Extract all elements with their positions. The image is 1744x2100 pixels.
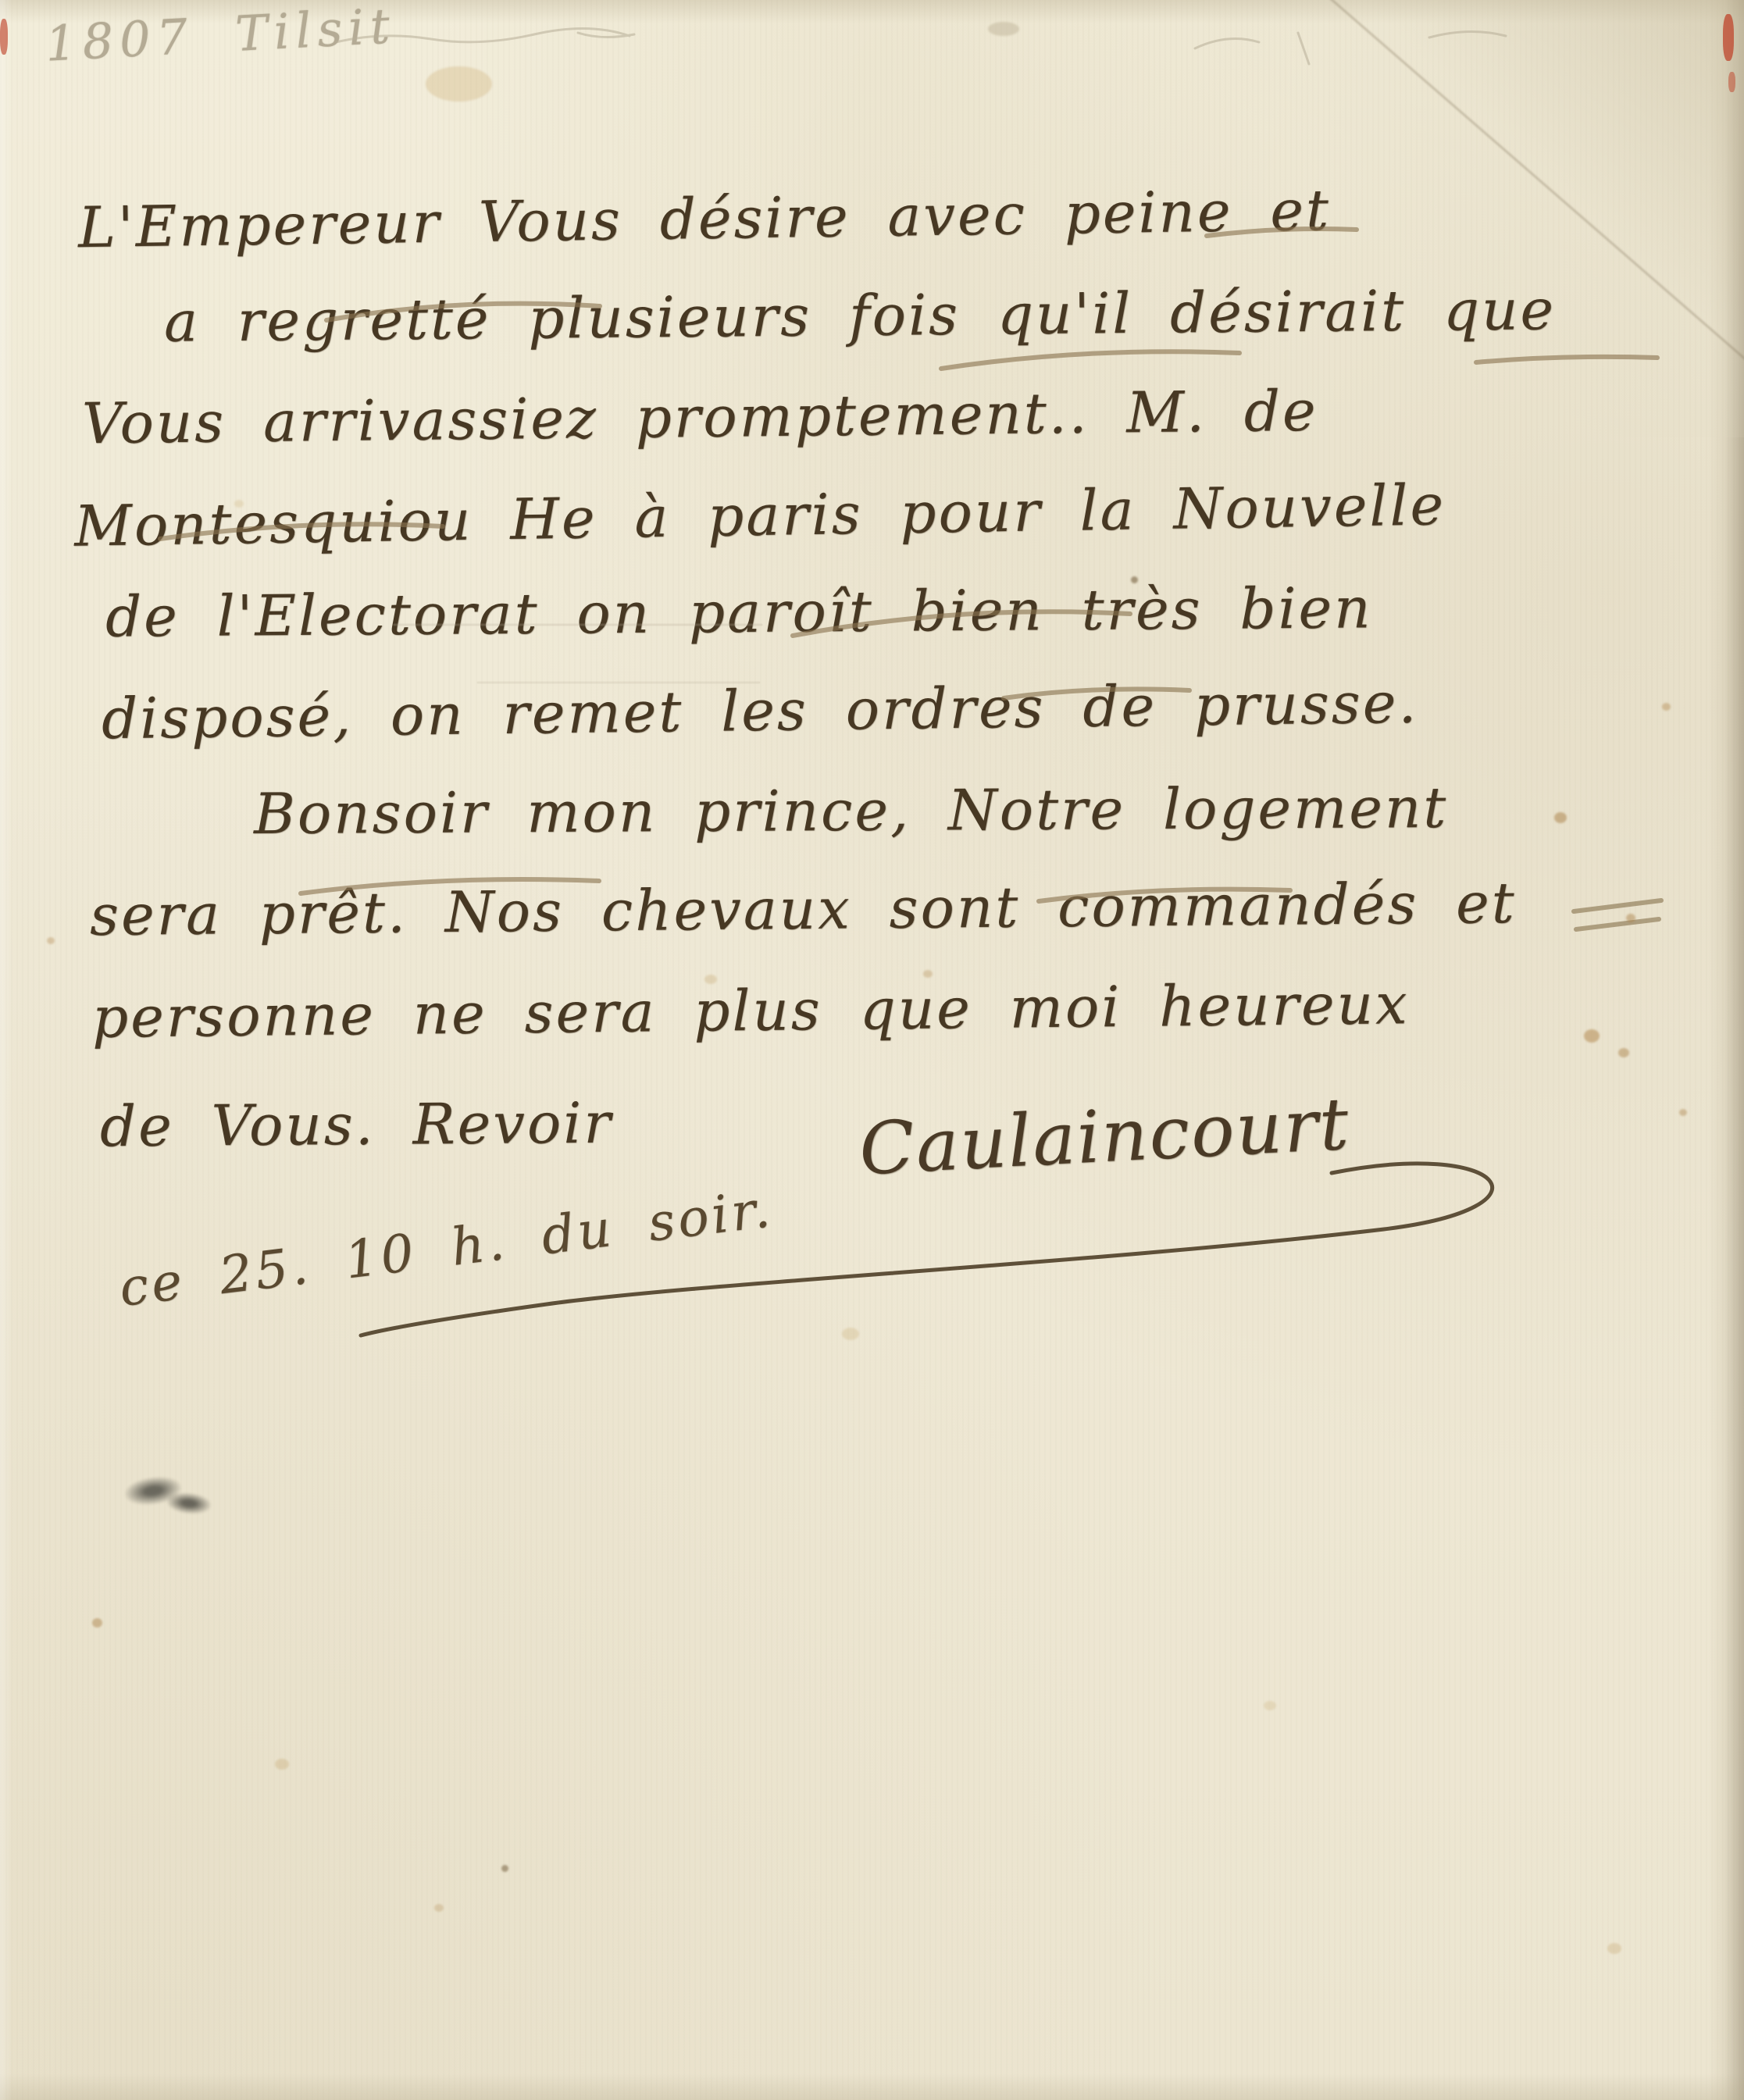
foxing-spot [842, 1328, 859, 1340]
scanned-letter-page: 1807 Tilsit L'Empereur Vous désire avec … [0, 0, 1744, 2100]
red-edge-mark [0, 19, 8, 55]
paper-edge-highlight-left [0, 0, 12, 2100]
letter-line: Bonsoir mon prince, Notre logement [254, 775, 1449, 847]
dateline: ce 25. 10 h. du soir. [116, 1178, 776, 1318]
foxing-spot [1264, 1701, 1276, 1710]
signature: Caulaincourt [858, 1082, 1352, 1192]
foxing-spot [704, 975, 717, 984]
foxing-spot [1131, 576, 1138, 583]
dust-smudge [988, 22, 1019, 36]
red-edge-mark [1723, 14, 1734, 61]
foxing-spot [275, 1759, 289, 1770]
letter-line: de l'Electorat on paroît bien très bien [105, 575, 1373, 649]
foxing-spot [234, 500, 244, 508]
foxing-spot [1662, 703, 1671, 711]
foxing-spot [923, 970, 933, 978]
letter-line: a regretté plusieurs fois qu'il désirait… [164, 276, 1557, 355]
foxing-spot [1626, 914, 1635, 922]
letter-line: disposé, on remet les ordres de prusse. [102, 670, 1419, 752]
paper-edge-shadow-bottom [0, 2073, 1744, 2100]
foxing-spot [434, 1904, 444, 1912]
graphite-smudge [166, 1491, 212, 1516]
letter-line: L'Empereur Vous désire avec peine et [77, 177, 1331, 260]
letter-line: sera prêt. Nos chevaux sont commandés et [90, 870, 1517, 948]
foxing-spot [47, 937, 55, 944]
foxing-spot [1618, 1048, 1629, 1057]
red-edge-mark [1728, 72, 1735, 92]
letter-line: personne ne sera plus que moi heureux [92, 971, 1410, 1050]
foxing-spot [1679, 1109, 1687, 1116]
foxing-spot [1607, 1943, 1621, 1954]
letter-line: Montesquiou He à paris pour la Nouvelle [73, 472, 1446, 559]
foxing-spot [92, 1618, 102, 1628]
letter-line: Vous arrivassiez promptement.. M. de [82, 378, 1318, 457]
letter-line: de Vous. Revoir [100, 1090, 613, 1160]
foxing-spot [501, 1865, 508, 1872]
foxing-spot [1554, 812, 1567, 823]
foxing-spot [1584, 1029, 1600, 1043]
foxing-spot [426, 66, 492, 102]
